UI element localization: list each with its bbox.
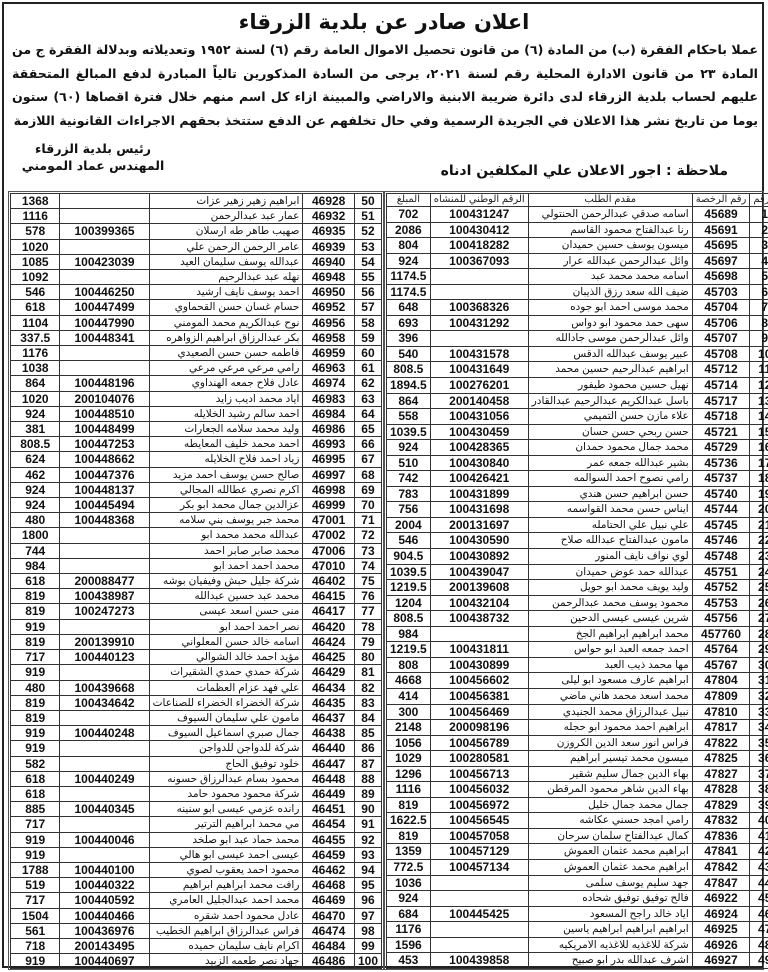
applicant-name: محمد احمد احمد ابو (149, 558, 303, 573)
row-index: 97 (354, 908, 381, 923)
amount: 480 (11, 513, 60, 528)
applicant-name: ابراهيم ابراهيم ابراهيم ياسين (528, 922, 692, 938)
license-number: 47827 (692, 766, 750, 782)
row-index: 73 (354, 543, 381, 558)
applicant-name: وائل عبدالرحمن عبدالله عرار (528, 253, 692, 269)
applicant-name: ابراهيم محمد عثمان العموش (528, 844, 692, 860)
table-row: 145689اسامه صدقي عبدالرحمن الحنتولي10043… (387, 207, 768, 223)
table-row: 5346939عامر الرحمن الرحمن علي1020 (11, 239, 382, 254)
row-index: 99 (354, 938, 381, 953)
row-index: 65 (354, 422, 381, 437)
national-id (60, 619, 149, 634)
row-index: 60 (354, 346, 381, 361)
amount: 1219.5 (387, 580, 431, 596)
license-number: 45737 (692, 471, 750, 487)
row-index: 2 (750, 222, 768, 238)
amount: 578 (11, 224, 60, 239)
amount: 919 (11, 832, 60, 847)
national-id: 100445494 (60, 498, 149, 513)
amount: 924 (387, 253, 431, 269)
national-id: 100440697 (60, 954, 149, 969)
row-index: 66 (354, 437, 381, 452)
row-index: 81 (354, 665, 381, 680)
amount: 684 (387, 906, 431, 922)
license-number: 45736 (692, 455, 750, 471)
header-index: الرقم (750, 194, 768, 207)
national-id: 100440592 (60, 893, 149, 908)
license-number: 47829 (692, 797, 750, 813)
applicant-name: عادل فلاح جمعه الهنداوي (149, 376, 303, 391)
applicant-name: مامون علي سليمان السيوف (149, 710, 303, 725)
national-id: 100438732 (430, 611, 528, 627)
license-number: 45746 (692, 533, 750, 549)
applicant-name: حسام غسان حسن القحماوي (149, 300, 303, 315)
table-row: 6046959فاطمه حسن حسن الصعيدي1176 (11, 346, 382, 361)
amount: 1622.5 (387, 813, 431, 829)
license-number: 45698 (692, 269, 750, 285)
row-index: 12 (750, 378, 768, 394)
row-index: 18 (750, 471, 768, 487)
row-index: 39 (750, 797, 768, 813)
national-id: 100431899 (430, 486, 528, 502)
amount: 1116 (387, 782, 431, 798)
national-id: 100440345 (60, 802, 149, 817)
row-index: 48 (750, 937, 768, 953)
applicant-name: عادل محمود احمد شقره (149, 908, 303, 923)
row-index: 47 (750, 922, 768, 938)
table-row: 10046486جهاد نصر طعمه الزبيد100440697919 (11, 954, 382, 969)
table-row: 3847828بهاء الدين شاهر محمود المرقطن1004… (387, 782, 768, 798)
table-row: 1145712ابراهيم عبدالرحيم حسين محمد100431… (387, 362, 768, 378)
table-row: 28457760محمد ابراهيم ابراهيم الجخ984 (387, 626, 768, 642)
national-id: 100399365 (60, 224, 149, 239)
license-number: 45689 (692, 207, 750, 223)
license-number: 46474 (303, 923, 355, 938)
notice-body: عملا باحكام الفقرة (ب) من المادة (٦) من … (12, 38, 758, 132)
license-number: 47847 (692, 875, 750, 891)
license-number: 46448 (303, 771, 355, 786)
row-index: 46 (750, 906, 768, 922)
applicant-name: عبدالله يوسف سليمان العيد (149, 254, 303, 269)
amount: 819 (11, 710, 60, 725)
national-id: 100440046 (60, 832, 149, 847)
license-number: 46420 (303, 619, 355, 634)
applicant-name: اكرم نصري عطالله المجالي (149, 482, 303, 497)
amount: 1029 (387, 751, 431, 767)
amount: 2004 (387, 517, 431, 533)
license-number: 46440 (303, 741, 355, 756)
national-id (60, 558, 149, 573)
amount: 618 (11, 300, 60, 315)
amount: 546 (11, 285, 60, 300)
national-id: 200143495 (60, 938, 149, 953)
license-number: 46940 (303, 254, 355, 269)
national-id: 100448499 (60, 422, 149, 437)
national-id (430, 331, 528, 347)
applicant-name: رامي نصوح احمد السوالمه (528, 471, 692, 487)
applicant-name: عبير يوسف عبدالله الدقس (528, 346, 692, 362)
amount: 618 (11, 574, 60, 589)
applicant-name: رامي امجد حسني عكاشه (528, 813, 692, 829)
applicant-name: اسامه خالد حسن المعلواني (149, 634, 303, 649)
national-id: 100440322 (60, 878, 149, 893)
amount: 462 (11, 467, 60, 482)
national-id: 100280581 (430, 751, 528, 767)
license-number: 46995 (303, 452, 355, 467)
table-row: 345695ميسون يوسف حسين حميدان100418282804 (387, 238, 768, 254)
license-number: 47832 (692, 813, 750, 829)
license-number: 45706 (692, 315, 750, 331)
amount: 924 (11, 498, 60, 513)
national-id: 100439668 (60, 680, 149, 695)
applicant-name: اياد محمد اديب زايد (149, 391, 303, 406)
license-number: 46468 (303, 878, 355, 893)
row-index: 78 (354, 619, 381, 634)
national-id: 100456789 (430, 735, 528, 751)
applicant-name: رافت محمد ابراهيم ابراهيم (149, 878, 303, 893)
license-number: 46425 (303, 650, 355, 665)
license-number: 45714 (692, 378, 750, 394)
applicant-name: نهله عبد عبدالرحيم (149, 270, 303, 285)
row-index: 20 (750, 502, 768, 518)
row-index: 100 (354, 954, 381, 969)
license-number: 46928 (303, 194, 355, 209)
row-index: 83 (354, 695, 381, 710)
national-id: 100448341 (60, 330, 149, 345)
national-id: 100436976 (60, 923, 149, 938)
signature-block: رئيس بلدية الزرقاء المهندس عماد المومني (8, 140, 178, 174)
row-index: 58 (354, 315, 381, 330)
row-index: 91 (354, 817, 381, 832)
national-id: 100247273 (60, 604, 149, 619)
row-index: 90 (354, 802, 381, 817)
table-row: 1945740حسن ابراهيم حسن هندي100431899783 (387, 486, 768, 502)
row-index: 54 (354, 254, 381, 269)
applicant-name: فراس عبدالرزاق ابراهيم الخطيب (149, 923, 303, 938)
row-index: 64 (354, 406, 381, 421)
applicant-name: رنا عبدالفتاح محمود القاسم (528, 222, 692, 238)
national-id: 100456713 (430, 766, 528, 782)
table-row: 2245746مامون عبدالفتاح عبدالله صلاح10043… (387, 533, 768, 549)
row-index: 53 (354, 239, 381, 254)
national-id: 200139608 (430, 580, 528, 596)
row-index: 19 (750, 486, 768, 502)
table-row: 2445751عبدالله حمد عوض حميدان10043904710… (387, 564, 768, 580)
national-id: 100447990 (60, 315, 149, 330)
table-row: 3547822فراس انور سعد الدين الكروزن100456… (387, 735, 768, 751)
table-row: 6946998اكرم نصري عطالله المجالي100448137… (11, 482, 382, 497)
amount: 381 (11, 422, 60, 437)
applicant-name: خلود توفيق الحاج (149, 756, 303, 771)
applicant-name: بشير عبدالله جمعه عمر (528, 455, 692, 471)
row-index: 6 (750, 284, 768, 300)
national-id: 100276201 (430, 378, 528, 394)
license-number: 45707 (692, 331, 750, 347)
row-index: 50 (354, 194, 381, 209)
license-number: 45756 (692, 611, 750, 627)
table-row: 8046425مؤيد احمد خالد الشوالي10044012371… (11, 650, 382, 665)
table-row: 8546438جمال صبري اسماعيل السيوف100440248… (11, 726, 382, 741)
license-number: 46922 (692, 891, 750, 907)
national-id: 100430840 (430, 455, 528, 471)
license-number: 45751 (692, 564, 750, 580)
amount: 1368 (11, 194, 60, 209)
license-number: 45695 (692, 238, 750, 254)
national-id: 100440123 (60, 650, 149, 665)
license-number: 46470 (303, 908, 355, 923)
row-index: 37 (750, 766, 768, 782)
applicant-name: علي نبيل علي الحتامله (528, 517, 692, 533)
applicant-name: عبدالله حمد عوض حميدان (528, 564, 692, 580)
national-id: 100448368 (60, 513, 149, 528)
row-index: 87 (354, 756, 381, 771)
table-row: 9646469محمد احمد عبدالجليل العامري100440… (11, 893, 382, 908)
row-index: 1 (750, 207, 768, 223)
national-id: 100447376 (60, 467, 149, 482)
row-index: 22 (750, 533, 768, 549)
row-index: 68 (354, 467, 381, 482)
amount: 624 (11, 452, 60, 467)
row-index: 59 (354, 330, 381, 345)
row-index: 45 (750, 891, 768, 907)
license-number: 47822 (692, 735, 750, 751)
amount: 1176 (11, 346, 60, 361)
national-id: 100430899 (430, 657, 528, 673)
national-id: 100439858 (430, 953, 528, 969)
amount: 1800 (11, 528, 60, 543)
license-number: 45745 (692, 517, 750, 533)
row-index: 21 (750, 517, 768, 533)
applicant-name: عامر الرحمن الرحمن علي (149, 239, 303, 254)
license-number: 46993 (303, 437, 355, 452)
license-number: 46974 (303, 376, 355, 391)
national-id (60, 543, 149, 558)
amount: 819 (11, 695, 60, 710)
national-id: 100432104 (430, 595, 528, 611)
national-id: 100434642 (60, 695, 149, 710)
national-id: 100456381 (430, 688, 528, 704)
license-number: 46402 (303, 574, 355, 589)
table-row: 7147001محمد جبر يوسف بني سلامه1004483684… (11, 513, 382, 528)
row-index: 14 (750, 409, 768, 425)
license-number: 47810 (692, 704, 750, 720)
applicant-name: احمد محمد خليف المعايطه (149, 437, 303, 452)
row-index: 8 (750, 315, 768, 331)
amount: 1039.5 (387, 564, 431, 580)
applicant-name: بهاء الدين شاهر محمود المرقطن (528, 782, 692, 798)
amount: 561 (11, 923, 60, 938)
applicant-name: مؤيد احمد خالد الشوالي (149, 650, 303, 665)
applicant-name: محمد موسى احمد ابو جوده (528, 300, 692, 316)
table-row: 8746447خلود توفيق الحاج582 (11, 756, 382, 771)
table-row: 5546948نهله عبد عبدالرحيم1092 (11, 270, 382, 285)
amount: 1174.5 (387, 269, 431, 285)
applicant-name: نبيل عبدالرزاق محمد الجنيدي (528, 704, 692, 720)
row-index: 96 (354, 893, 381, 908)
applicant-name: اشرف عبدالله بدر ابو صبيح (528, 953, 692, 969)
row-index: 63 (354, 391, 381, 406)
table-row: 6846997صالح حسن يوسف احمد مزيد1004473764… (11, 467, 382, 482)
amount: 396 (387, 331, 431, 347)
table-row: 5046928ابراهيم زهير زهير عزات1368 (11, 194, 382, 209)
amount: 919 (11, 726, 60, 741)
amount: 510 (387, 455, 431, 471)
national-id: 100448196 (60, 376, 149, 391)
applicant-name: ابراهيم عارف مسعود ابو ليلى (528, 673, 692, 689)
applicant-name: ايناس حسن محمد القواسمه (528, 502, 692, 518)
national-id: 100423039 (60, 254, 149, 269)
national-id: 100448662 (60, 452, 149, 467)
table-row: 3647825ميسون محمد تيسير ابراهيم100280581… (387, 751, 768, 767)
table-row: 9446462محمود احمد يعقوب لصوي100440100178… (11, 862, 382, 877)
taxpayers-table-left: 5046928ابراهيم زهير زهير عزات13685146932… (10, 193, 382, 969)
table-row: 3947829جمال محمد جمال خليل100456972819 (387, 797, 768, 813)
applicant-name: مي محمد ابراهيم الترتير (149, 817, 303, 832)
national-id (60, 756, 149, 771)
row-index: 43 (750, 859, 768, 875)
row-index: 3 (750, 238, 768, 254)
table-row: 745704محمد موسى احمد ابو جوده10036832664… (387, 300, 768, 316)
applicant-name: شرين عيسى عيسى الدحين (528, 611, 692, 627)
amount: 819 (387, 828, 431, 844)
header-applicant: مقدم الطلب (528, 194, 692, 207)
amount: 904.5 (387, 549, 431, 565)
amount: 1894.5 (387, 378, 431, 394)
license-number: 45721 (692, 424, 750, 440)
row-index: 89 (354, 786, 381, 801)
table-row: 1345717باسل عبدالكريم عبدالرحيم عبدالقاد… (387, 393, 768, 409)
license-number: 47001 (303, 513, 355, 528)
applicant-name: شركة حمدي حمدي الشقيرات (149, 665, 303, 680)
applicant-name: شركة الخضراء الخضراء للصناعات (149, 695, 303, 710)
license-number: 47828 (692, 782, 750, 798)
amount: 919 (11, 741, 60, 756)
table-row: 4447847جهد سليم يوسف سلمى1036 (387, 875, 768, 891)
national-id: 100440249 (60, 771, 149, 786)
national-id: 100457058 (430, 828, 528, 844)
table-row: 4646924اياد خالد راجح المسعود10044542568… (387, 906, 768, 922)
license-number: 45740 (692, 486, 750, 502)
amount: 1204 (387, 595, 431, 611)
row-index: 79 (354, 634, 381, 649)
row-index: 33 (750, 704, 768, 720)
amount: 924 (11, 406, 60, 421)
license-number: 46469 (303, 893, 355, 908)
row-index: 16 (750, 440, 768, 456)
license-number: 45748 (692, 549, 750, 565)
table-row: 1845737رامي نصوح احمد السوالمه1004264217… (387, 471, 768, 487)
license-number: 45691 (692, 222, 750, 238)
license-number: 45753 (692, 595, 750, 611)
national-id: 100456032 (430, 782, 528, 798)
table-row: 7646415محمد عبد حسين عبدالله100438987819 (11, 589, 382, 604)
applicant-name: اسامه صدقي عبدالرحمن الحنتولي (528, 207, 692, 223)
row-index: 34 (750, 720, 768, 736)
header-national-id: الرقم الوطني للمنشاه (430, 194, 528, 207)
table-row: 5246935صهيب طاهر طه ارسلان100399365578 (11, 224, 382, 239)
national-id (430, 269, 528, 285)
license-number: 47006 (303, 543, 355, 558)
amount: 717 (11, 650, 60, 665)
row-index: 11 (750, 362, 768, 378)
applicant-name: وليد يويف محمد ابو حويل (528, 580, 692, 596)
amount: 1596 (387, 937, 431, 953)
table-row: 6546986وليد محمد سلامه الجعارات100448499… (11, 422, 382, 437)
applicant-name: محمود احمد يعقوب لصوي (149, 862, 303, 877)
table-row: 6446984احمد سالم رشيد الخلايله1004485109… (11, 406, 382, 421)
license-number: 46997 (303, 467, 355, 482)
row-index: 49 (750, 953, 768, 969)
row-index: 98 (354, 923, 381, 938)
applicant-name: احمد جمعه العبد ابو حواس (528, 642, 692, 658)
national-id: 100447499 (60, 300, 149, 315)
amount: 864 (387, 393, 431, 409)
applicant-name: ضيف الله سعد رزق الذيبان (528, 284, 692, 300)
amount: 1104 (11, 315, 60, 330)
applicant-name: بكر عبدالرزاق ابراهيم الزواهره (149, 330, 303, 345)
applicant-name: بهاء الدين جمال سليم شقير (528, 766, 692, 782)
amount: 1116 (11, 209, 60, 224)
row-index: 44 (750, 875, 768, 891)
table-row: 9846474فراس عبدالرزاق ابراهيم الخطيب1004… (11, 923, 382, 938)
license-number: 47841 (692, 844, 750, 860)
license-number: 45729 (692, 440, 750, 456)
license-number: 46984 (303, 406, 355, 421)
national-id (430, 922, 528, 938)
row-index: 40 (750, 813, 768, 829)
amount: 772.5 (387, 859, 431, 875)
taxpayers-table-right: الرقم رقم الرخصة مقدم الطلب الرقم الوطني… (386, 193, 768, 969)
row-index: 5 (750, 269, 768, 285)
table-row: 3045767مها محمد ذيب العبد100430899808 (387, 657, 768, 673)
applicant-name: عزالدين جمال محمد ابو بكر (149, 498, 303, 513)
license-number: 45703 (692, 284, 750, 300)
table-row: 9046451رانده عزمي عيسى ابو سنينه10044034… (11, 802, 382, 817)
table-row: 4546922فالح توفيق توفيق شحاده924 (387, 891, 768, 907)
license-number: 46950 (303, 285, 355, 300)
national-id (430, 937, 528, 953)
row-index: 10 (750, 346, 768, 362)
row-index: 85 (354, 726, 381, 741)
amount: 4668 (387, 673, 431, 689)
row-index: 74 (354, 558, 381, 573)
signature-name: المهندس عماد المومني (8, 157, 178, 174)
amount: 864 (11, 376, 60, 391)
row-index: 52 (354, 224, 381, 239)
applicant-name: محمد احمد عبدالجليل العامري (149, 893, 303, 908)
row-index: 42 (750, 844, 768, 860)
table-row: 3447817ابراهيم احمد محمود ابو حجله200098… (387, 720, 768, 736)
national-id: 100367093 (430, 253, 528, 269)
national-id: 100430459 (430, 424, 528, 440)
header-license: رقم الرخصة (692, 194, 750, 207)
amount: 540 (387, 346, 431, 362)
row-index: 93 (354, 847, 381, 862)
license-number: 46925 (692, 922, 750, 938)
table-row: 2645753محمود يوسف محمد عبدالرحمن10043210… (387, 595, 768, 611)
applicant-name: عبدالله محمد محمد ابو (149, 528, 303, 543)
table-row: 4347842ابراهيم محمد عثمان العموش10045713… (387, 859, 768, 875)
applicant-name: زياد احمد فلاح الخلايله (149, 452, 303, 467)
applicant-name: رامي مرعي مرعي مرعي (149, 361, 303, 376)
row-index: 9 (750, 331, 768, 347)
row-index: 7 (750, 300, 768, 316)
amount: 480 (11, 680, 60, 695)
amount: 1219.5 (387, 642, 431, 658)
row-index: 69 (354, 482, 381, 497)
table-row: 4047832رامي امجد حسني عكاشه1004565451622… (387, 813, 768, 829)
applicant-name: شركة للاغذيه للاغذيه الامريكيه (528, 937, 692, 953)
